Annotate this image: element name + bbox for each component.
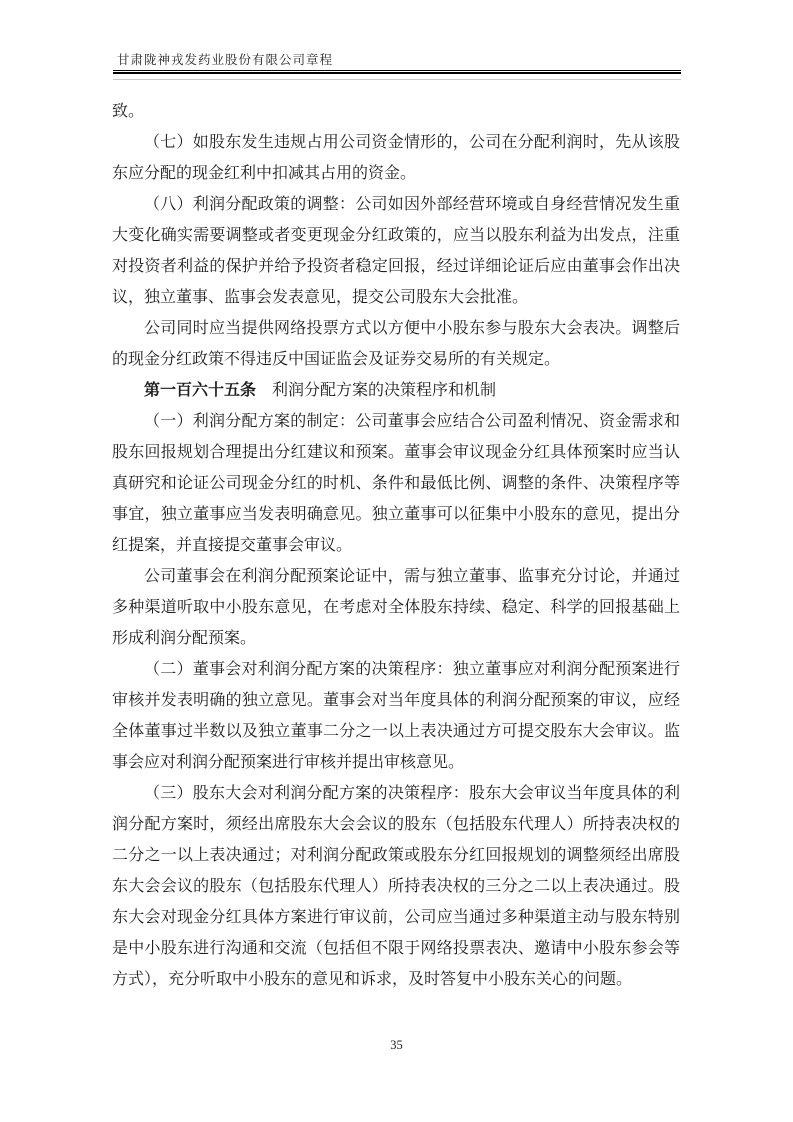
paragraph-board-discussion: 公司董事会在利润分配预案论证中，需与独立董事、监事充分讨论，并通过多种渠道听取中… [112, 561, 680, 654]
paragraph-continuation: 致。 [112, 96, 680, 127]
paragraph-item-2-board-procedure: （二）董事会对利润分配方案的决策程序：独立董事应对利润分配预案进行审核并发表明确… [112, 654, 680, 778]
document-page: 甘肃陇神戎发药业股份有限公司章程 致。 （七）如股东发生违规占用公司资金情形的，… [0, 0, 793, 1122]
page-footer: 35 [0, 1036, 793, 1054]
header-rule-thick [113, 72, 681, 74]
page-header: 甘肃陇神戎发药业股份有限公司章程 [113, 52, 681, 80]
document-body: 致。 （七）如股东发生违规占用公司资金情形的，公司在分配利润时，先从该股东应分配… [112, 96, 680, 995]
paragraph-item-8: （八）利润分配政策的调整：公司如因外部经营环境或自身经营情况发生重大变化确实需要… [112, 189, 680, 313]
header-rule-thin [113, 70, 681, 71]
clause-number: 第一百六十五条 [144, 382, 256, 399]
clause-heading-165: 第一百六十五条利润分配方案的决策程序和机制 [112, 375, 680, 406]
page-number: 35 [390, 1038, 403, 1052]
clause-title: 利润分配方案的决策程序和机制 [272, 382, 496, 399]
paragraph-item-1-formulation: （一）利润分配方案的制定：公司董事会应结合公司盈利情况、资金需求和股东回报规划合… [112, 406, 680, 561]
paragraph-item-3-shareholder-meeting: （三）股东大会对利润分配方案的决策程序：股东大会审议当年度具体的利润分配方案时，… [112, 778, 680, 995]
paragraph-item-7: （七）如股东发生违规占用公司资金情形的，公司在分配利润时，先从该股东应分配的现金… [112, 127, 680, 189]
paragraph-network-voting: 公司同时应当提供网络投票方式以方便中小股东参与股东大会表决。调整后的现金分红政策… [112, 313, 680, 375]
header-rule-faint [113, 79, 681, 80]
header-company-title: 甘肃陇神戎发药业股份有限公司章程 [113, 52, 681, 68]
